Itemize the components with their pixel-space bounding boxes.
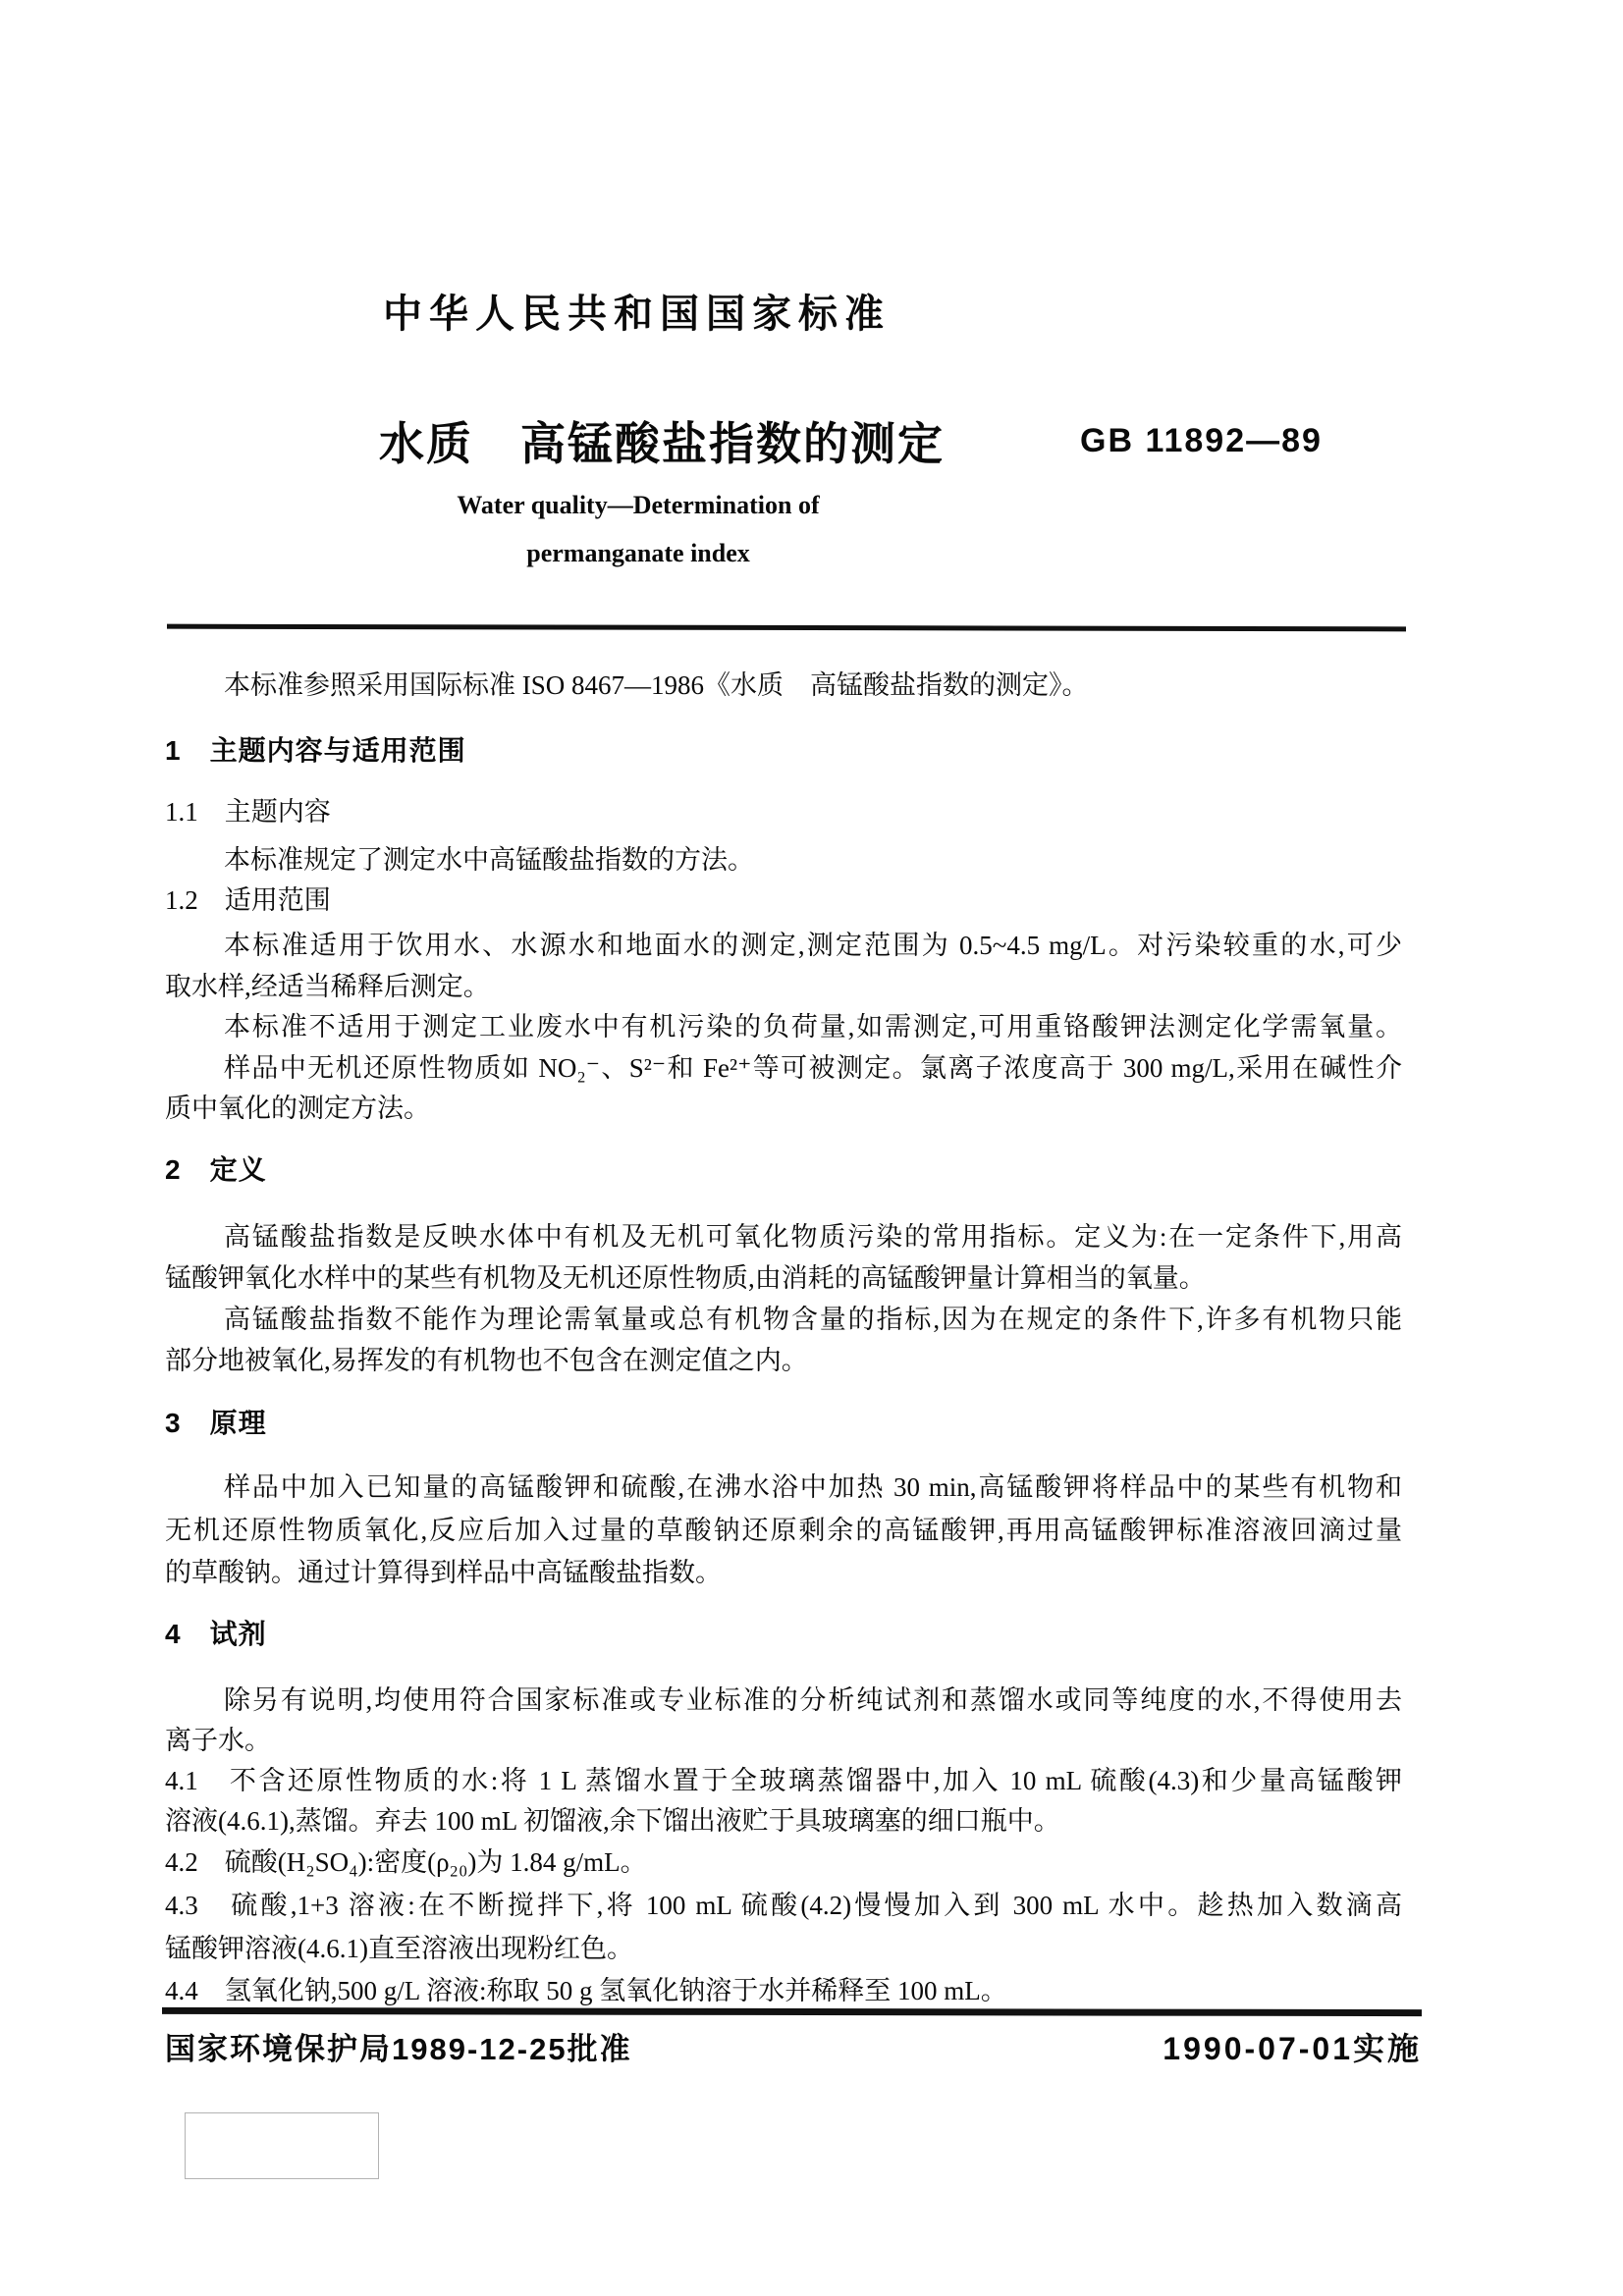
document-title-english-line2: permanganate index	[393, 539, 884, 568]
document-line: 部分地被氧化,易挥发的有机物也不包含在测定值之内。	[165, 1340, 808, 1381]
document-line: 除另有说明,均使用符合国家标准或专业标准的分析纯试剂和蒸馏水或同等纯度的水,不得…	[224, 1680, 1402, 1721]
document-line: 溶液(4.6.1),蒸馏。弃去 100 mL 初馏液,余下馏出液贮于具玻璃塞的细…	[165, 1800, 1060, 1842]
footer-approval: 国家环境保护局1989-12-25批准	[165, 2024, 632, 2068]
header-divider-rule	[167, 624, 1406, 632]
document-page: 中华人民共和国国家标准 水质 高锰酸盐指数的测定 GB 11892—89 Wat…	[0, 0, 1623, 2296]
document-line: 本标准规定了测定水中高锰酸盐指数的方法。	[224, 839, 754, 881]
document-line: 本标准不适用于测定工业废水中有机污染的负荷量,如需测定,可用重铬酸钾法测定化学需…	[224, 1006, 1402, 1047]
document-line: 1.1 主题内容	[165, 791, 331, 832]
section-heading: 1 主题内容与适用范围	[165, 730, 466, 772]
document-line: 4.3 硫酸,1+3 溶液:在不断搅拌下,将 100 mL 硫酸(4.2)慢慢加…	[165, 1885, 1402, 1926]
document-line: 样品中加入已知量的高锰酸钾和硫酸,在沸水浴中加热 30 min,高锰酸钾将样品中…	[224, 1467, 1402, 1508]
document-title-chinese: 水质 高锰酸盐指数的测定	[379, 408, 945, 473]
standard-header: 中华人民共和国国家标准	[383, 283, 891, 339]
document-line: 取水样,经适当稀释后测定。	[165, 966, 490, 1007]
document-line: 质中氧化的测定方法。	[165, 1088, 430, 1129]
document-line: 高锰酸盐指数是反映水体中有机及无机可氧化物质污染的常用指标。定义为:在一定条件下…	[224, 1216, 1402, 1257]
document-line: 本标准参照采用国际标准 ISO 8467—1986《水质 高锰酸盐指数的测定》。	[224, 665, 1089, 706]
document-line: 4.4 氢氧化钠,500 g/L 溶液:称取 50 g 氢氧化钠溶于水并稀释至 …	[165, 1970, 1007, 2011]
section-heading: 4 试剂	[165, 1614, 267, 1655]
standard-number: GB 11892—89	[1080, 422, 1323, 460]
document-line: 高锰酸盐指数不能作为理论需氧量或总有机物含量的指标,因为在规定的条件下,许多有机…	[224, 1299, 1402, 1340]
document-line: 锰酸钾溶液(4.6.1)直至溶液出现粉红色。	[165, 1928, 633, 1969]
document-line: 4.1 不含还原性物质的水:将 1 L 蒸馏水置于全玻璃蒸馏器中,加入 10 m…	[165, 1760, 1402, 1801]
document-line: 4.2 硫酸(H₂SO₄):密度(ρ₂₀)为 1.84 g/mL。	[165, 1842, 647, 1883]
document-line: 本标准适用于饮用水、水源水和地面水的测定,测定范围为 0.5~4.5 mg/L。…	[224, 925, 1402, 966]
document-line: 离子水。	[165, 1720, 271, 1761]
document-title-english-line1: Water quality—Determination of	[393, 491, 884, 520]
section-heading: 3 原理	[165, 1403, 267, 1444]
document-line: 锰酸钾氧化水样中的某些有机物及无机还原性物质,由消耗的高锰酸钾量计算相当的氧量。	[165, 1257, 1206, 1299]
footer-divider-rule	[162, 2007, 1422, 2016]
document-line: 1.2 适用范围	[165, 880, 331, 921]
footer-implementation-date: 1990-07-01实施	[1029, 2024, 1422, 2069]
section-heading: 2 定义	[165, 1149, 267, 1191]
document-line: 无机还原性物质氧化,反应后加入过量的草酸钠还原剩余的高锰酸钾,再用高锰酸钾标准溶…	[165, 1510, 1402, 1551]
document-line: 样品中无机还原性物质如 NO₂⁻、S²⁻和 Fe²⁺等可被测定。氯离子浓度高于 …	[224, 1047, 1402, 1089]
document-line: 的草酸钠。通过计算得到样品中高锰酸盐指数。	[165, 1552, 722, 1593]
scan-artifact-box	[185, 2112, 379, 2179]
